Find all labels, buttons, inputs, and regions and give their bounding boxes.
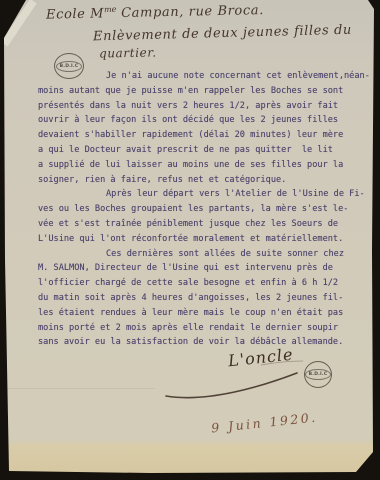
typed-line: a qui le Docteur avait prescrit de ne pa… (38, 143, 350, 158)
handwritten-header-line3: quartier. (99, 45, 157, 60)
typed-line: M. SALMON, Directeur de l'Usine qui est … (38, 261, 350, 276)
header-text: Ecole M (46, 6, 104, 22)
bdic-stamp-bottom: B.D.I.C (304, 361, 332, 388)
typed-line: du matin soit après 4 heures d'angoisses… (38, 291, 350, 306)
paper-crease (0, 388, 155, 389)
paragraph-2: Après leur départ vers l'Atelier de l'Us… (38, 187, 350, 246)
typed-letter-body: Je n'ai aucune note concernant cet enlèv… (38, 69, 350, 350)
corner-fold (1, 0, 37, 46)
typed-line: Ces dernières sont allées de suite sonne… (38, 247, 350, 262)
signature-flourish (148, 345, 328, 407)
header-superscript: me (104, 5, 117, 14)
typed-line: ves ou les Boches groupaient les partant… (38, 202, 350, 217)
typed-line: L'Usine qui l'ont réconfortée moralement… (38, 232, 350, 247)
typed-line: a supplié de lui laisser au moins une de… (38, 158, 350, 173)
typed-line: Après leur départ vers l'Atelier de l'Us… (38, 187, 350, 202)
paragraph-3: Ces dernières sont allées de suite sonne… (38, 247, 350, 351)
scanned-letter-page: { "page": { "background_color": "#15120d… (0, 0, 380, 480)
typed-line: devaient s'habiller rapidement (délai 20… (38, 128, 350, 143)
header-text: Campan, rue Broca. (116, 3, 264, 21)
paragraph-1: Je n'ai aucune note concernant cet enlèv… (38, 69, 350, 187)
typed-line: moins porté et 2 mois après elle rendait… (38, 321, 350, 336)
typed-line: les étaient rendues à leur mère mais le … (38, 306, 350, 321)
typed-line: moins autant que je puisse m'en rappeler… (38, 84, 350, 99)
typed-line: vée et s'est traînée péniblement jusque … (38, 217, 350, 232)
typed-line: présentés dans la nuit vers 2 heures 1/2… (38, 99, 350, 114)
bdic-stamp-label: B.D.I.C (305, 369, 331, 380)
typed-line: l'officier chargé de cette sale besogne … (38, 276, 350, 291)
typed-line: ouvrir à leur façon ils ont décidé que l… (38, 113, 350, 128)
typed-line: Je n'ai aucune note concernant cet enlèv… (38, 69, 350, 84)
typed-line: soigner, rien à faire, refus net et caté… (38, 173, 350, 188)
